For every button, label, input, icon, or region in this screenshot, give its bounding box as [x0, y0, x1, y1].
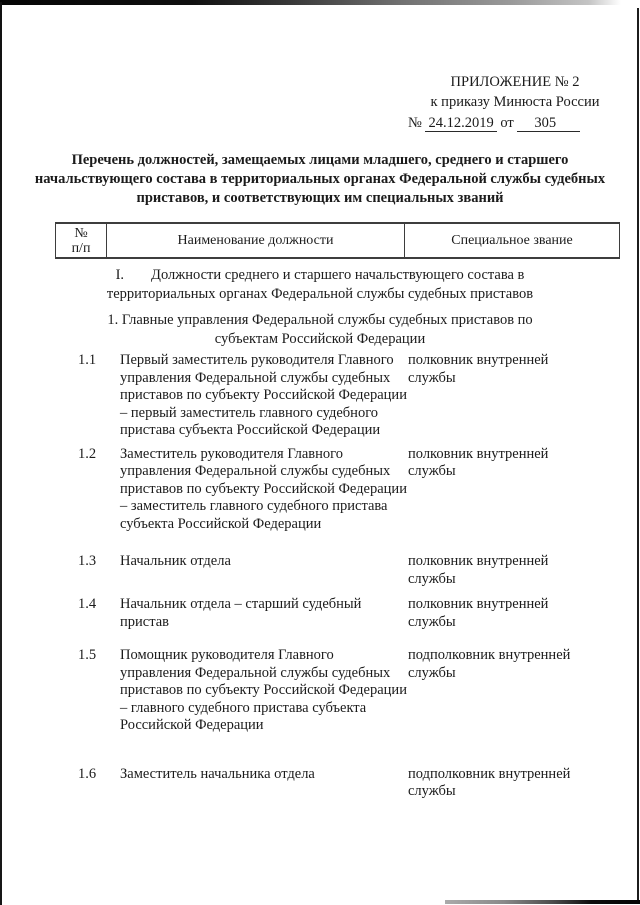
row-rank: подполковник внутренней службы [408, 766, 593, 801]
ot-label: от [500, 115, 513, 131]
row-number: 1.1 [78, 352, 120, 370]
row-position: Первый заместитель руководителя Главного… [120, 352, 408, 440]
row-position: Начальник отдела – старший судебный прис… [120, 596, 408, 631]
number-sign: № [408, 115, 422, 131]
column-header-number: № п/п [56, 224, 107, 257]
order-number: 305 [517, 115, 580, 132]
row-position: Начальник отдела [120, 553, 408, 571]
row-position: Помощник руководителя Главного управлени… [120, 647, 408, 735]
row-number: 1.6 [78, 766, 120, 784]
table-body: 1.1 Первый заместитель руководителя Глав… [55, 352, 620, 801]
row-position: Заместитель начальника отдела [120, 766, 408, 784]
column-header-position: Наименование должности [107, 224, 405, 257]
table-row: 1.4 Начальник отдела – старший судебный … [55, 596, 620, 631]
row-number: 1.4 [78, 596, 120, 614]
row-number: 1.3 [78, 553, 120, 571]
order-date: 24.12.2019 [425, 115, 496, 132]
appendix-heading: ПРИЛОЖЕНИЕ № 2 к приказу Минюста России … [408, 72, 622, 133]
row-position: Заместитель руководителя Главного управл… [120, 446, 408, 534]
table-row: 1.3 Начальник отдела полковник внутренне… [55, 553, 620, 588]
row-number: 1.2 [78, 446, 120, 464]
row-rank: полковник внутренней службы [408, 596, 593, 631]
scanned-document-page: ПРИЛОЖЕНИЕ № 2 к приказу Минюста России … [0, 0, 640, 905]
row-number: 1.5 [78, 647, 120, 665]
section-heading-1: I.Должности среднего и старшего начальст… [60, 266, 580, 304]
appendix-date-number-line: № 24.12.2019 от 305 [408, 113, 622, 133]
document-title: Перечень должностей, замещаемых лицами м… [30, 151, 610, 208]
section-text: Должности среднего и старшего начальству… [107, 267, 533, 302]
row-rank: полковник внутренней службы [408, 553, 593, 588]
scan-artifact-bottom-edge [445, 900, 640, 904]
section-numeral: I. [116, 267, 124, 283]
appendix-number-line: ПРИЛОЖЕНИЕ № 2 [408, 72, 622, 92]
table-row: 1.6 Заместитель начальника отдела подпол… [55, 766, 620, 801]
table-row: 1.2 Заместитель руководителя Главного уп… [55, 446, 620, 534]
column-header-rank: Специальное звание [405, 224, 619, 257]
table-row: 1.5 Помощник руководителя Главного управ… [55, 647, 620, 735]
table-row: 1.1 Первый заместитель руководителя Глав… [55, 352, 620, 440]
table-header-row: № п/п Наименование должности Специальное… [55, 222, 620, 259]
subsection-heading-1: 1. Главные управления Федеральной службы… [80, 311, 560, 349]
row-rank: полковник внутренней службы [408, 446, 593, 481]
appendix-order-line: к приказу Минюста России [408, 92, 622, 112]
scan-artifact-right-edge [637, 8, 639, 900]
scan-artifact-top-edge [0, 0, 640, 5]
scan-artifact-left-edge [0, 2, 2, 905]
row-rank: полковник внутренней службы [408, 352, 593, 387]
row-rank: подполковник внутренней службы [408, 647, 593, 682]
